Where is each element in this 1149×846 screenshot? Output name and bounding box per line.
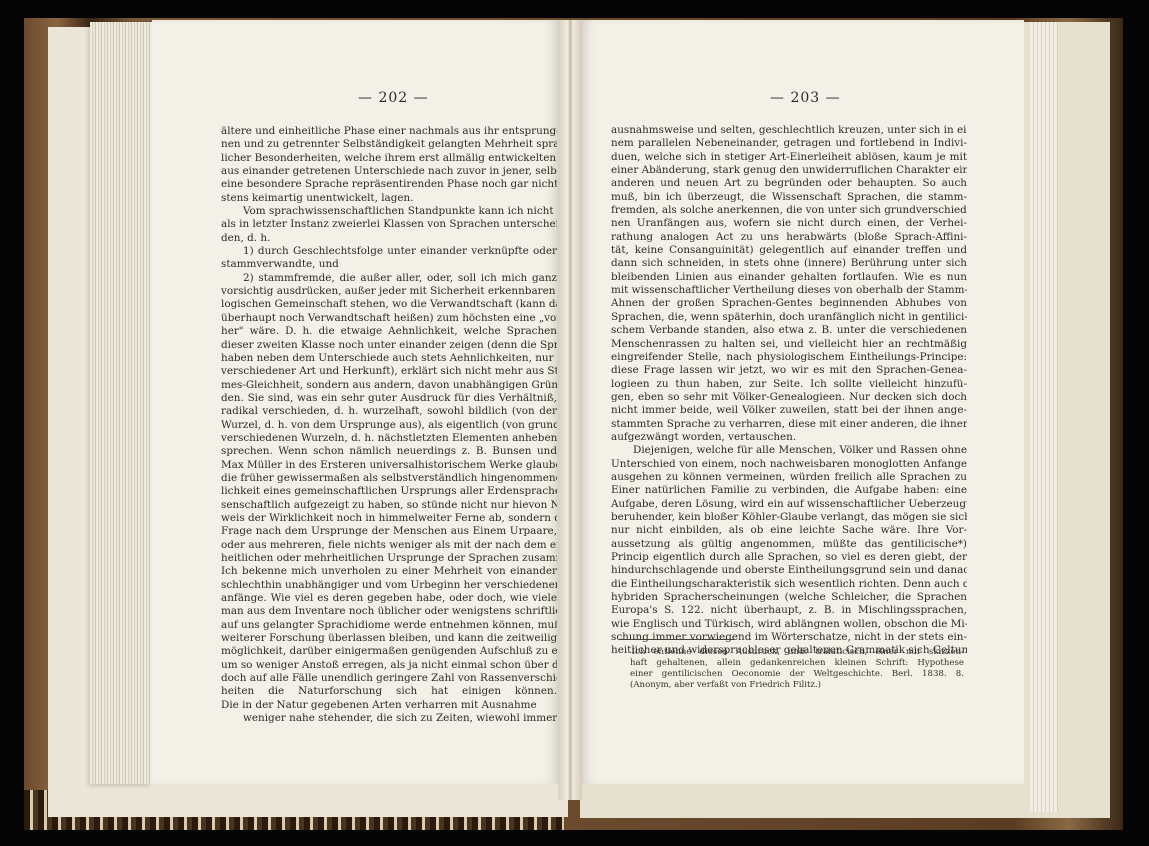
text-line: eingreifender Stelle, nach physiologisch…	[611, 351, 967, 364]
text-line: stens keimartig unentwickelt, lagen.	[221, 192, 557, 205]
footnote-line: *) Ich entlehne diesen Ausdruck, und: tr…	[630, 647, 964, 658]
footnote-line: einer gentilicischen Oeconomie der Weltg…	[630, 669, 964, 680]
footnote-text: haft gehaltenen, allein gedankenreichen …	[630, 658, 964, 668]
footnote-divider	[619, 639, 735, 640]
text-line: hybriden Spracherscheinungen (welche Sch…	[611, 591, 967, 604]
footnote: *) Ich entlehne diesen Ausdruck, und: tr…	[630, 647, 964, 691]
text-line: Princip eigentlich durch alle Sprachen, …	[611, 551, 967, 564]
text-line: nen Uranfängen aus, wofern sie nicht dur…	[611, 217, 967, 230]
text-line: den, d. h.	[221, 232, 557, 245]
text-line: licher Besonderheiten, welche ihrem erst…	[221, 152, 557, 165]
footnote-line: (Anonym, aber verfaßt von Friedrich Fili…	[630, 680, 964, 691]
text-line: Vom sprachwissenschaftlichen Standpunkte…	[221, 205, 557, 218]
right-page-stack-edges	[1030, 22, 1058, 812]
text-line: als in letzter Instanz zweierlei Klassen…	[221, 218, 557, 231]
text-line: dann sich schneiden, in stets ohne (inne…	[611, 257, 967, 270]
footnote-text: einer gentilicischen Oeconomie der Weltg…	[630, 669, 964, 679]
text-line: ausnahmsweise und selten, geschlechtlich…	[611, 124, 967, 137]
text-line: dieser zweiten Klasse noch unter einande…	[221, 339, 557, 352]
text-line: stammten Sprache zu verharren, diese mit…	[611, 418, 967, 431]
text-line: anfänge. Wie viel es deren gegeben habe,…	[221, 592, 557, 605]
text-line: man aus dem Inventare noch üblicher oder…	[221, 605, 557, 618]
text-line: fremden, als solche anerkennen, die von …	[611, 204, 967, 217]
footnote-line: haft gehaltenen, allein gedankenreichen …	[630, 658, 964, 669]
text-line: Ich bekenne mich unverholen zu einer Meh…	[221, 565, 557, 578]
text-line: ältere und einheitliche Phase einer nach…	[221, 125, 557, 138]
text-line: Europa's S. 122. nicht überhaupt, z. B. …	[611, 604, 967, 617]
text-line: Menschenrassen zu halten sei, und vielle…	[611, 338, 967, 351]
text-line: Wurzel, d. h. von dem Ursprunge aus), al…	[221, 419, 557, 432]
text-line: diese Frage lassen wir jetzt, wo wir es …	[611, 364, 967, 377]
page-number-left: — 202 —	[358, 90, 429, 106]
text-line: schem Verbande standen, also etwa z. B. …	[611, 324, 967, 337]
text-line: ausgehen zu können vermeinen, würden fre…	[611, 471, 967, 484]
text-line: logieen zu thun haben, zur Seite. Ich so…	[611, 378, 967, 391]
left-page-stack-edges	[90, 22, 152, 784]
left-page-body-text: ältere und einheitliche Phase einer nach…	[221, 125, 557, 725]
text-line: Die in der Natur gegebenen Arten verharr…	[221, 699, 557, 712]
text-line: 2) stammfremde, die außer aller, oder, s…	[221, 272, 557, 285]
text-line: mit wissenschaftlicher Vertheilung diese…	[611, 284, 967, 297]
text-line: Ahnen der großen Sprachen-Gentes beginne…	[611, 297, 967, 310]
text-line: einer Abänderung, stark genug den unwide…	[611, 164, 967, 177]
text-line: Frage nach dem Ursprunge der Menschen au…	[221, 525, 557, 538]
text-line: überhaupt noch Verwandtschaft heißen) zu…	[221, 312, 557, 325]
footnote-text: Ich entlehne diesen Ausdruck, und: trala…	[632, 647, 964, 657]
text-line: nicht immer beide, weil Völker zuweilen,…	[611, 404, 967, 417]
text-line: heitlichen oder mehrheitlichen Ursprunge…	[221, 552, 557, 565]
text-line: Unterschied von einem, noch nachweisbare…	[611, 458, 967, 471]
text-line: logischen Gemeinschaft stehen, wo die Ve…	[221, 298, 557, 311]
text-line: schlechthin unabhängiger und vom Urbegin…	[221, 579, 557, 592]
text-line: stammverwandte, und	[221, 258, 557, 271]
text-line: aussetzung als gültig angenommen, müßte …	[611, 538, 967, 551]
text-line: verschiedenen Wurzeln, d. h. nächstletzt…	[221, 432, 557, 445]
text-line: haben neben dem Unterschiede auch stets …	[221, 352, 557, 365]
text-line: nen und zu getrennter Selbständigkeit ge…	[221, 138, 557, 151]
text-line: Einer natürlichen Familie zu verbinden, …	[611, 484, 967, 497]
text-line: lichkeit eines gemeinschaftlichen Urspru…	[221, 485, 557, 498]
text-line: sprechen. Wenn schon nämlich neuerdings …	[221, 445, 557, 458]
text-line: gen, eben so sehr mit Völker-Genealogiee…	[611, 391, 967, 404]
text-line: möglichkeit, darüber einigermaßen genüge…	[221, 645, 557, 658]
text-line: anderen und neuen Art zu begründen oder …	[611, 177, 967, 190]
text-line: nur nicht einbilden, als ob eine leichte…	[611, 524, 967, 537]
footnote-text: (Anonym, aber verfaßt von Friedrich Fili…	[630, 680, 821, 690]
text-line: die Eintheilungscharakteristik sich wese…	[611, 578, 967, 591]
text-line: her" wäre. D. h. die etwaige Aehnlichkei…	[221, 325, 557, 338]
text-line: heiten die Naturforschung sich hat einig…	[221, 685, 557, 698]
text-line: schung immer vorwiegend im Wörterschatze…	[611, 631, 967, 644]
text-line: die früher gewissermaßen als selbstverst…	[221, 472, 557, 485]
text-line: um so weniger Anstoß erregen, als ja nic…	[221, 659, 557, 672]
text-line: Diejenigen, welche für alle Menschen, Vö…	[611, 444, 967, 457]
text-line: eine besondere Sprache repräsentirenden …	[221, 178, 557, 191]
text-line: nem parallelen Nebeneinander, getragen u…	[611, 137, 967, 150]
text-line: wie Englisch und Türkisch, wird ablängne…	[611, 618, 967, 631]
text-line: beruhender, kein bloßer Köhler-Glaube ve…	[611, 511, 967, 524]
text-line: bleibenden Linien aus einander gehalten …	[611, 271, 967, 284]
text-line: radikal verschieden, d. h. wurzelhaft, s…	[221, 405, 557, 418]
page-number-right: — 203 —	[770, 90, 841, 106]
text-line: 1) durch Geschlechtsfolge unter einander…	[221, 245, 557, 258]
text-line: den. Sie sind, was ein sehr guter Ausdru…	[221, 392, 557, 405]
text-line: vorsichtig ausdrücken, außer jeder mit S…	[221, 285, 557, 298]
text-line: Aufgabe, deren Lösung, wird ein auf wiss…	[611, 498, 967, 511]
right-page-body-text: ausnahmsweise und selten, geschlechtlich…	[611, 124, 967, 658]
text-line: weis der Wirklichkeit noch in himmelweit…	[221, 512, 557, 525]
text-line: hindurchschlagende und oberste Eintheilu…	[611, 564, 967, 577]
text-line: Sprachen, die, wenn späterhin, doch uran…	[611, 311, 967, 324]
text-line: aus einander getretenen Unterschiede nac…	[221, 165, 557, 178]
text-line: weniger nahe stehender, die sich zu Zeit…	[221, 712, 557, 725]
text-line: weiterer Forschung überlassen bleiben, u…	[221, 632, 557, 645]
text-line: doch auf alle Fälle unendlich geringere …	[221, 672, 557, 685]
text-line: aufgezwängt worden, vertauschen.	[611, 431, 967, 444]
book-gutter	[558, 20, 582, 800]
text-line: Max Müller in des Ersteren universalhist…	[221, 459, 557, 472]
text-line: mes-Gleichheit, sondern aus andern, davo…	[221, 379, 557, 392]
text-line: oder aus mehreren, fiele nichts weniger …	[221, 539, 557, 552]
text-line: tät, keine Consanguinität) gelegentlich …	[611, 244, 967, 257]
text-line: rathung analogen Act zu uns herabwärts (…	[611, 231, 967, 244]
text-line: verschiedener Art und Herkunft), erklärt…	[221, 365, 557, 378]
text-line: auf uns gelangter Sprachidiome werde ent…	[221, 619, 557, 632]
text-line: senschaftlich aufgezeigt zu haben, so st…	[221, 499, 557, 512]
text-line: duen, welche sich in stetiger Art-Einerl…	[611, 151, 967, 164]
text-line: muß, bin ich überzeugt, die Wissenschaft…	[611, 191, 967, 204]
